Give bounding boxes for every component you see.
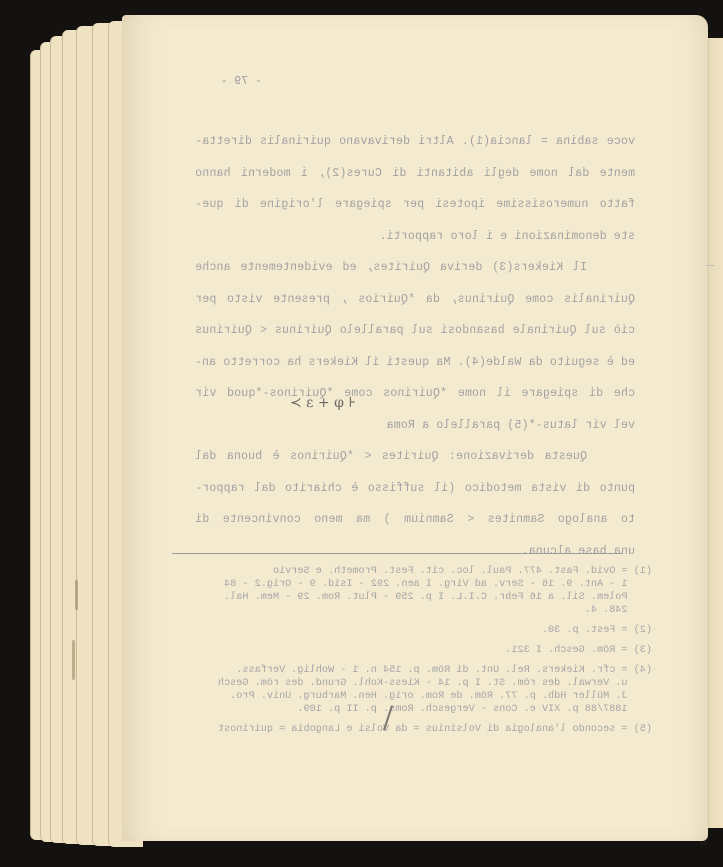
body-line: Quirinalis come Quirinus, da *Quirios , … — [195, 293, 635, 325]
body-line: Questa derivazione: Quirites < *Quirinos… — [195, 450, 635, 482]
body-line: che di spiegare il nome *Quirinos come *… — [195, 387, 635, 419]
footnotes: (1) = Ovid. Fast. 477. Paul. loc. cit. F… — [142, 565, 652, 743]
page: - 79 - voce sabina = lancia(1). Altri de… — [122, 15, 708, 841]
footnote-separator — [172, 553, 622, 554]
stain — [72, 640, 75, 680]
body-line: punto di vista metodico (il suffisso è c… — [195, 482, 635, 514]
body-line: Il Kiekers(3) deriva Quirites, ed eviden… — [195, 261, 635, 293]
body-line: ciò sul Quirinale basandosi sul parallel… — [195, 324, 635, 356]
handwritten-annotation: ≺ ε + φ ⊦ — [290, 395, 356, 411]
margin-mark — [706, 265, 714, 270]
body-line: voce sabina = lancia(1). Altri derivavan… — [195, 135, 635, 167]
body-line: mente dal nome degli abitanti di Cures(2… — [195, 167, 635, 199]
body-line: fatto numerosissime ipotesi per spiegare… — [195, 198, 635, 230]
body-line: to analogo Samnites < Samnium ) ma meno … — [195, 513, 635, 545]
body-text: voce sabina = lancia(1). Altri derivavan… — [195, 135, 635, 576]
body-line: ste denominazioni e i loro rapporti. — [195, 230, 635, 262]
footnote-3: (3) = Röm. Gesch. I 321. — [142, 644, 652, 657]
stain — [75, 580, 78, 610]
scanned-page: - 79 - voce sabina = lancia(1). Altri de… — [0, 0, 723, 867]
footnote-2: (2) = Fest. p. 30. — [142, 624, 652, 637]
footnote-4: (4) = cfr. Kiekers. Rel. Unt. di Röm. p.… — [142, 664, 652, 716]
body-line: vel vir latus-*(5) parallelo a Roma — [195, 419, 635, 451]
footnote-1: (1) = Ovid. Fast. 477. Paul. loc. cit. F… — [142, 565, 652, 617]
page-number: - 79 - — [202, 75, 262, 88]
footnote-5: (5) = secondo l'analogia di Volsinius = … — [142, 723, 652, 736]
body-line: ed è seguito da Walde(4). Ma questi il K… — [195, 356, 635, 388]
